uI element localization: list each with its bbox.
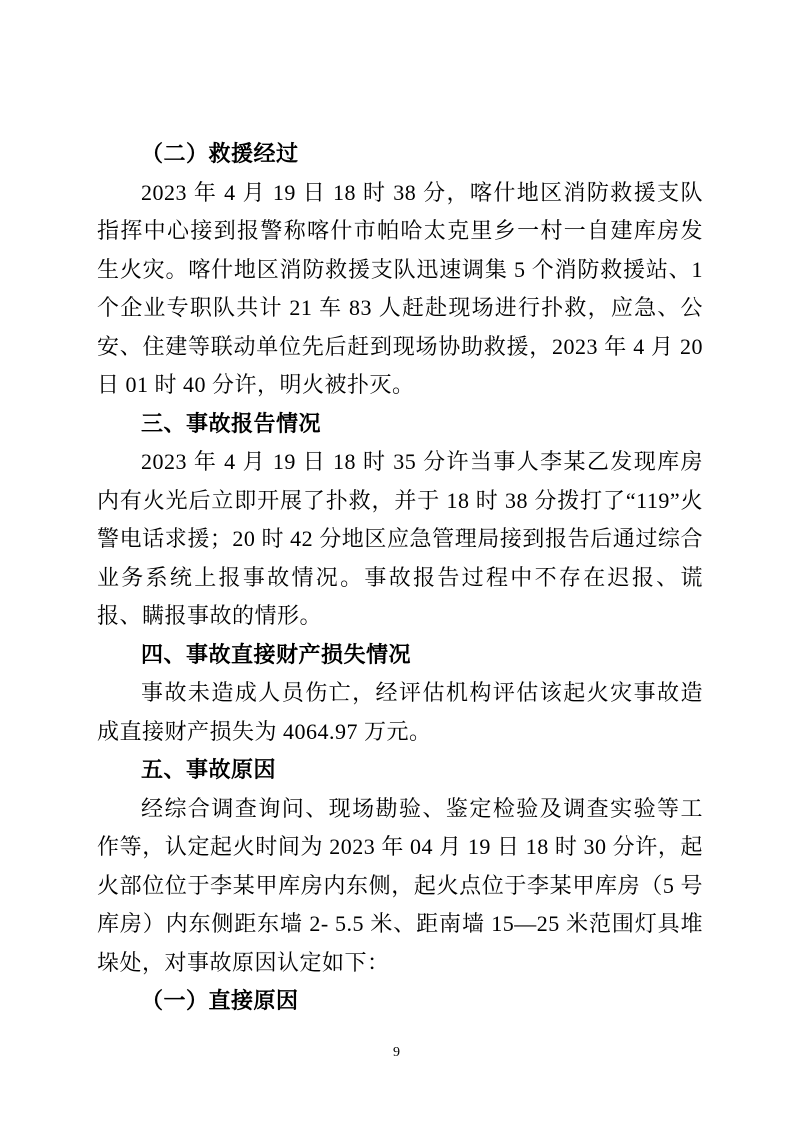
section-heading-accident-cause: 五、事故原因	[97, 751, 703, 790]
section-heading-property-loss: 四、事故直接财产损失情况	[97, 636, 703, 675]
subsection-heading-rescue-process: （二）救援经过	[97, 135, 703, 174]
page-number: 9	[0, 1046, 793, 1060]
report-page: （二）救援经过 2023 年 4 月 19 日 18 时 38 分，喀什地区消防…	[0, 0, 793, 1122]
page-content: （二）救援经过 2023 年 4 月 19 日 18 时 38 分，喀什地区消防…	[97, 135, 703, 1021]
section-heading-accident-report: 三、事故报告情况	[97, 405, 703, 444]
paragraph-accident-cause: 经综合调查询问、现场勘验、鉴定检验及调查实验等工作等，认定起火时间为 2023 …	[97, 790, 703, 983]
paragraph-rescue-process: 2023 年 4 月 19 日 18 时 38 分，喀什地区消防救援支队指挥中心…	[97, 174, 703, 405]
subsection-heading-direct-cause: （一）直接原因	[97, 982, 703, 1021]
paragraph-accident-report: 2023 年 4 月 19 日 18 时 35 分许当事人李某乙发现库房内有火光…	[97, 443, 703, 636]
paragraph-property-loss: 事故未造成人员伤亡，经评估机构评估该起火灾事故造成直接财产损失为 4064.97…	[97, 674, 703, 751]
